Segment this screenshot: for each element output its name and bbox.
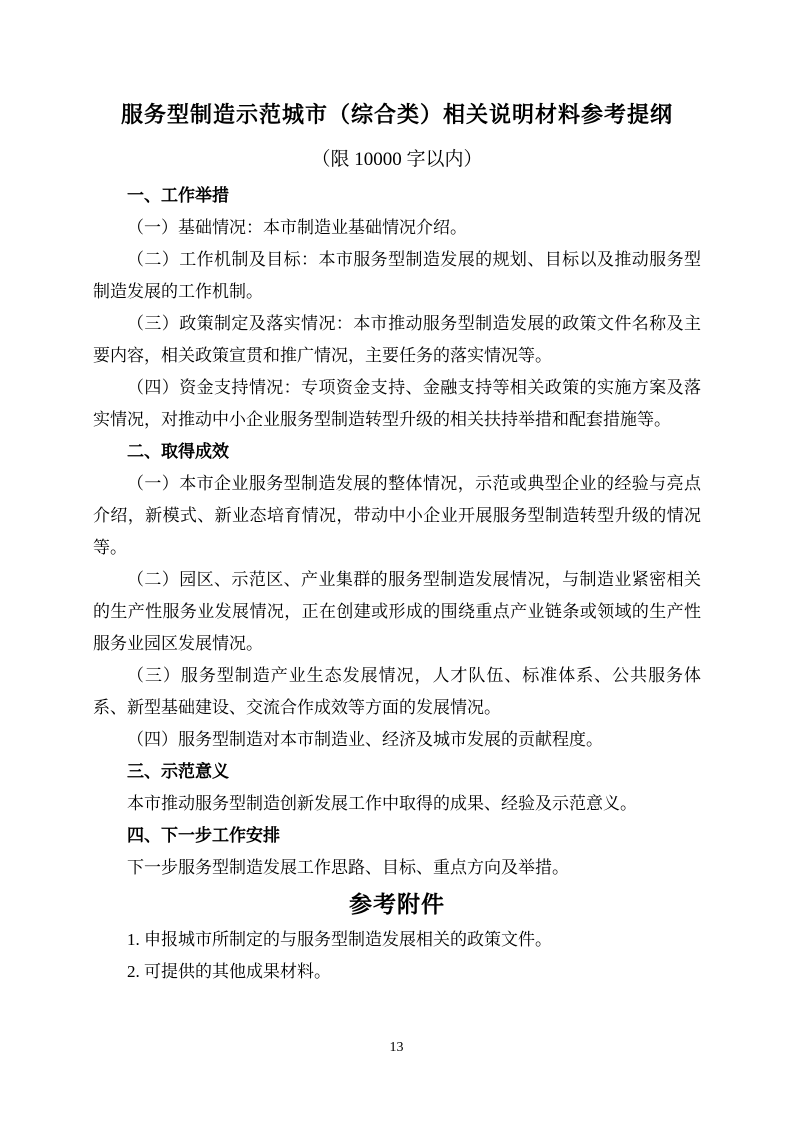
section-heading-achievements: 二、取得成效 <box>93 436 701 468</box>
section-demonstration-significance: 三、示范意义 本市推动服务型制造创新发展工作中取得的成果、经验及示范意义。 <box>93 756 701 820</box>
paragraph: （二）园区、示范区、产业集群的服务型制造发展情况，与制造业紧密相关的生产性服务业… <box>93 564 701 660</box>
paragraph: 本市推动服务型制造创新发展工作中取得的成果、经验及示范意义。 <box>93 788 701 820</box>
appendix: 参考附件 1. 申报城市所制定的与服务型制造发展相关的政策文件。 2. 可提供的… <box>93 884 701 988</box>
paragraph: 下一步服务型制造发展工作思路、目标、重点方向及举措。 <box>93 852 701 884</box>
document-subtitle: （限 10000 字以内） <box>93 146 701 174</box>
paragraph: （一）基础情况：本市制造业基础情况介绍。 <box>93 212 701 244</box>
paragraph: （三）服务型制造产业生态发展情况，人才队伍、标准体系、公共服务体系、新型基础建设… <box>93 660 701 724</box>
appendix-item: 2. 可提供的其他成果材料。 <box>93 956 701 988</box>
paragraph: （三）政策制定及落实情况：本市推动服务型制造发展的政策文件名称及主要内容，相关政… <box>93 308 701 372</box>
page-number: 13 <box>390 1040 404 1055</box>
appendix-item: 1. 申报城市所制定的与服务型制造发展相关的政策文件。 <box>93 924 701 956</box>
section-work-measures: 一、工作举措 （一）基础情况：本市制造业基础情况介绍。 （二）工作机制及目标：本… <box>93 180 701 436</box>
document-title: 服务型制造示范城市（综合类）相关说明材料参考提纲 <box>93 100 701 130</box>
page-footer: 13 <box>0 1038 793 1057</box>
section-next-steps: 四、下一步工作安排 下一步服务型制造发展工作思路、目标、重点方向及举措。 <box>93 820 701 884</box>
section-heading-demonstration-significance: 三、示范意义 <box>93 756 701 788</box>
section-achievements: 二、取得成效 （一）本市企业服务型制造发展的整体情况，示范或典型企业的经验与亮点… <box>93 436 701 756</box>
document-page: 服务型制造示范城市（综合类）相关说明材料参考提纲 （限 10000 字以内） 一… <box>0 0 793 1122</box>
section-heading-work-measures: 一、工作举措 <box>93 180 701 212</box>
section-heading-next-steps: 四、下一步工作安排 <box>93 820 701 852</box>
paragraph: （四）服务型制造对本市制造业、经济及城市发展的贡献程度。 <box>93 724 701 756</box>
paragraph: （二）工作机制及目标：本市服务型制造发展的规划、目标以及推动服务型制造发展的工作… <box>93 244 701 308</box>
paragraph: （四）资金支持情况：专项资金支持、金融支持等相关政策的实施方案及落实情况，对推动… <box>93 372 701 436</box>
paragraph: （一）本市企业服务型制造发展的整体情况，示范或典型企业的经验与亮点介绍，新模式、… <box>93 468 701 564</box>
appendix-heading: 参考附件 <box>93 884 701 924</box>
